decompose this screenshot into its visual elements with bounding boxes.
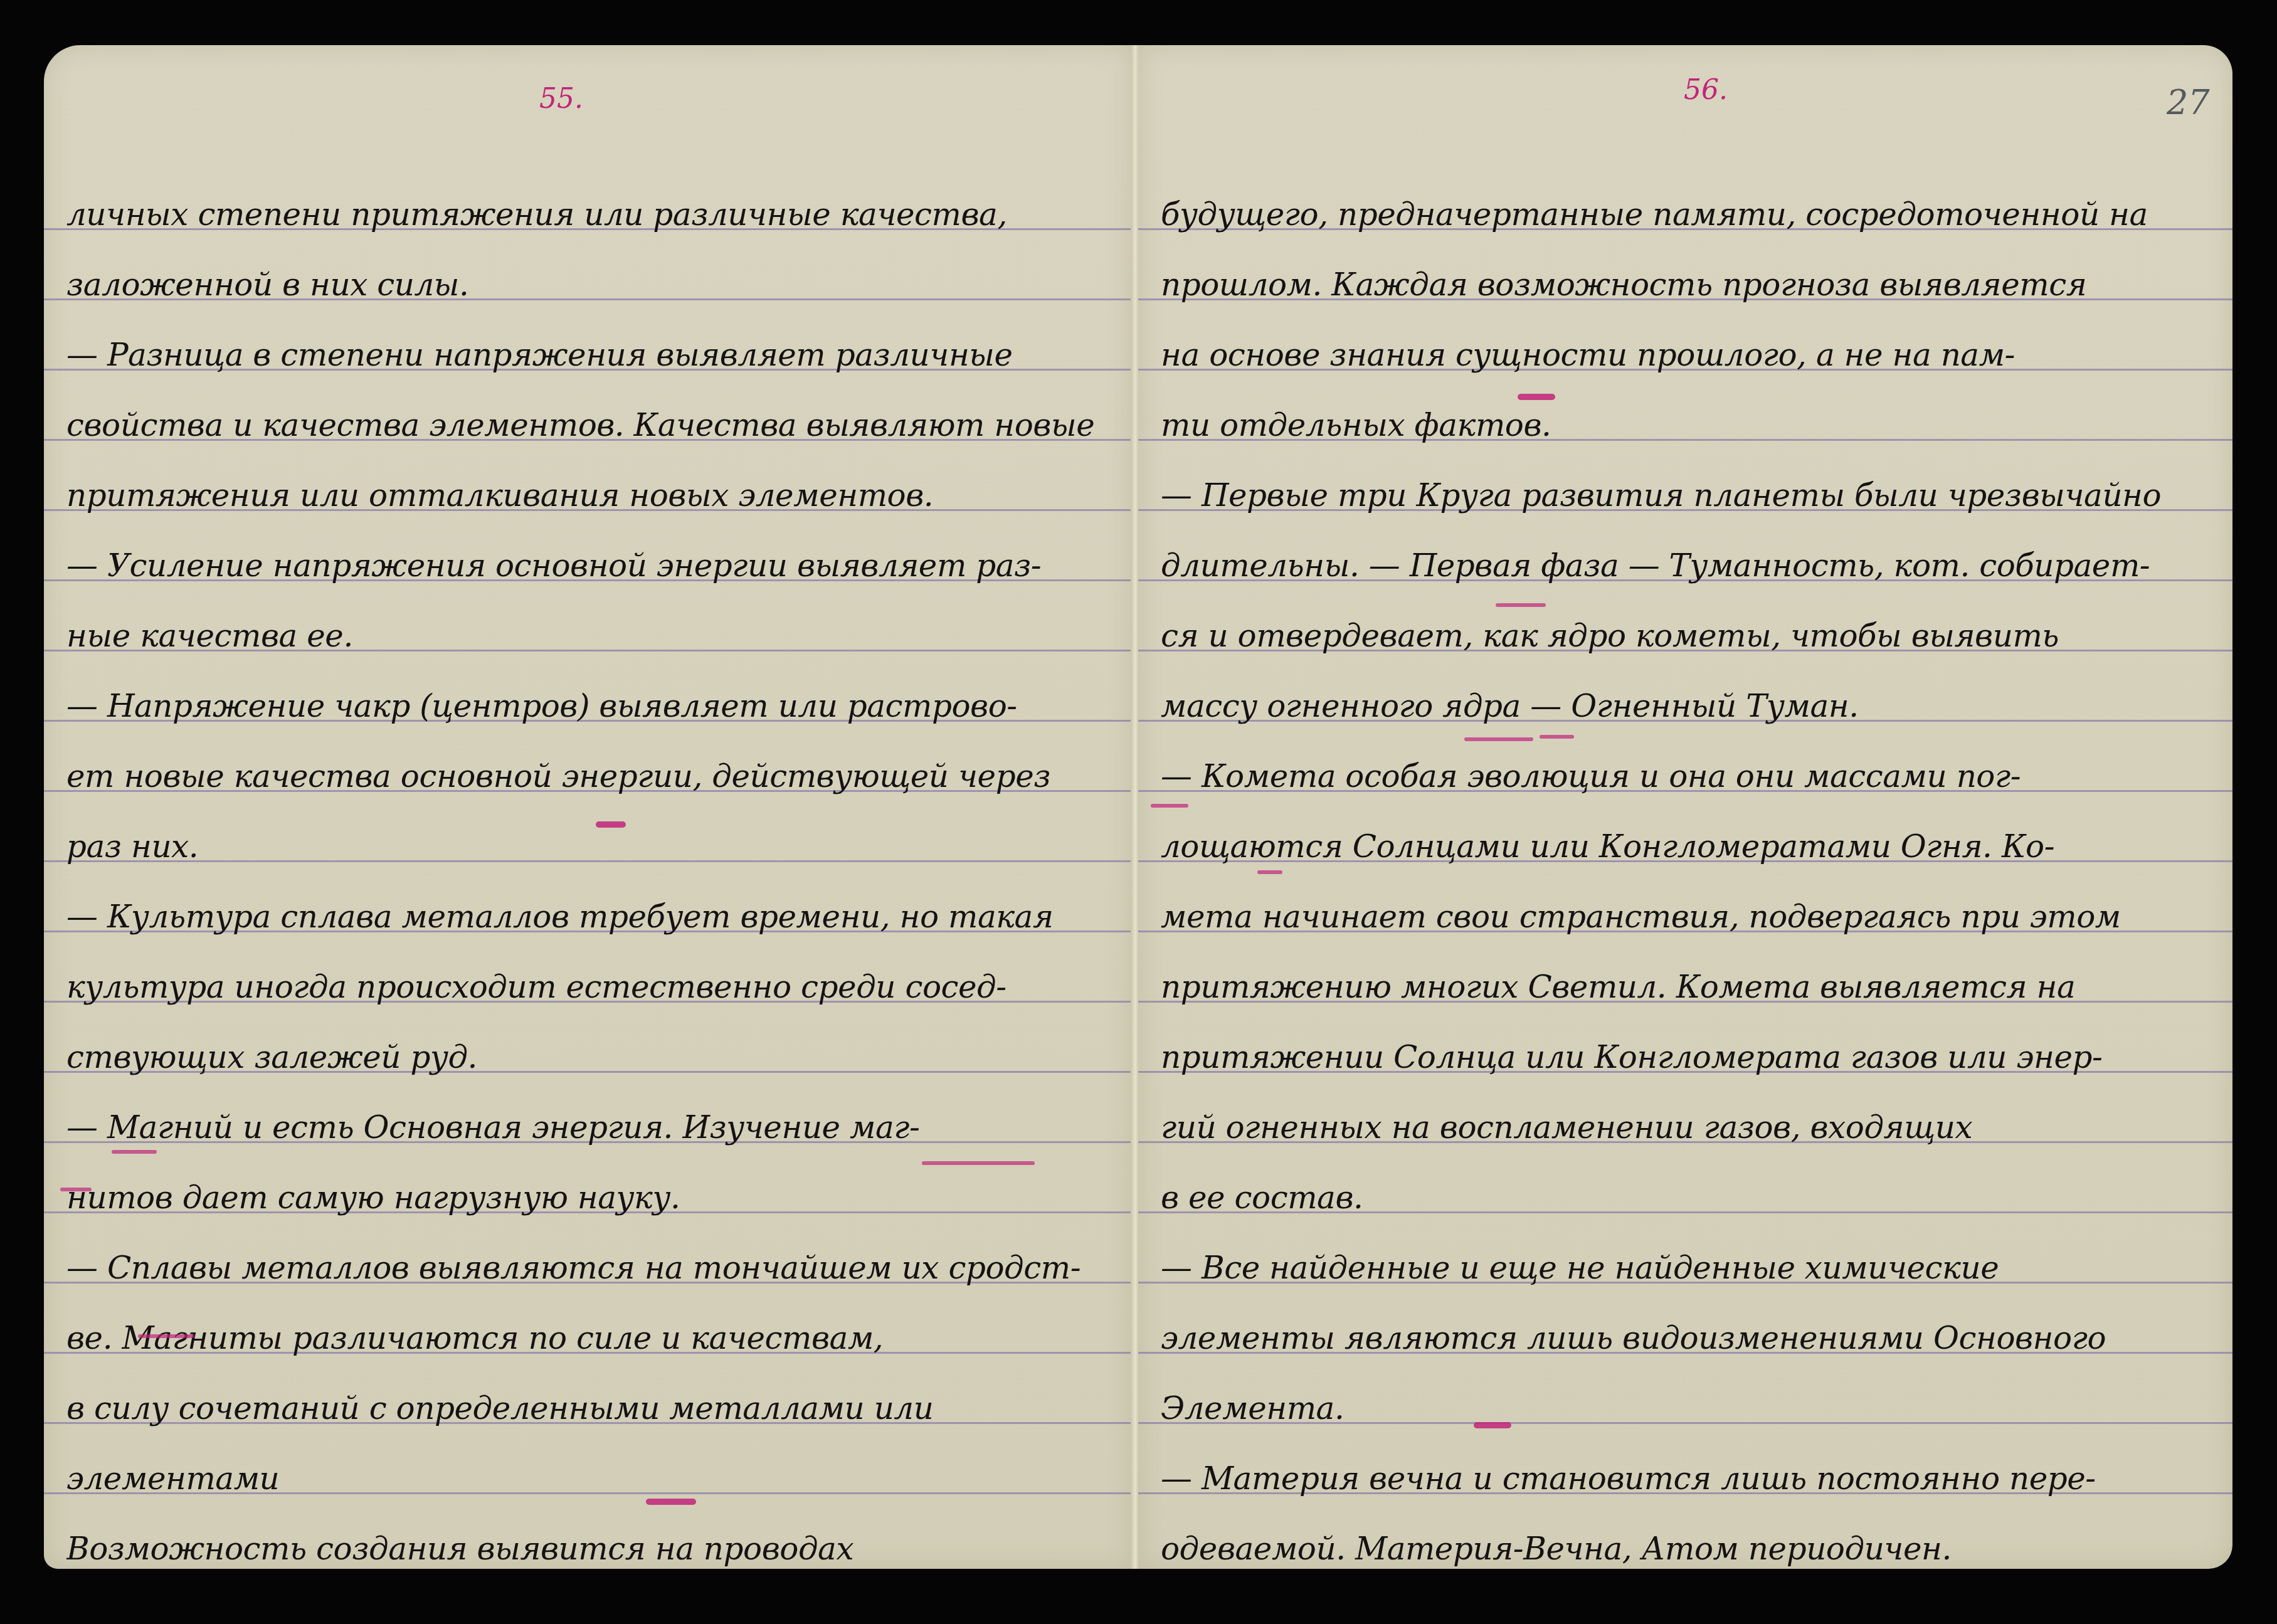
- handwritten-line: ти отдельных фактов.: [1161, 406, 2217, 444]
- handwritten-line: нитов дает самую нагрузную науку.: [66, 1179, 1117, 1216]
- handwritten-line: элементами: [66, 1460, 1117, 1497]
- handwritten-line: — Магний и есть Основная энергия. Изучен…: [66, 1109, 1117, 1146]
- underline-mark: [922, 1161, 1035, 1165]
- handwritten-line: — Комета особая эволюция и она они масса…: [1161, 757, 2217, 795]
- left-page: 55. личных степени притяжения или различ…: [44, 45, 1132, 1569]
- handwritten-line: — Усиление напряжения основной энергии в…: [66, 547, 1117, 584]
- underline-mark: [1496, 603, 1546, 607]
- handwritten-line: притяжения или отталкивания новых элемен…: [66, 477, 1117, 514]
- handwritten-line: мета начинает свои странствия, подвергая…: [1161, 898, 2217, 936]
- handwritten-line: свойства и качества элементов. Качества …: [66, 406, 1117, 444]
- underline-mark: [1257, 870, 1282, 874]
- handwritten-line: — Все найденные и еще не найденные химич…: [1161, 1249, 2217, 1287]
- handwritten-line: притяжению многих Светил. Комета выявляе…: [1161, 968, 2217, 1006]
- handwritten-line: длительны. — Первая фаза — Туманность, к…: [1161, 547, 2217, 584]
- handwritten-line: раз них.: [66, 828, 1117, 865]
- handwritten-line: Элемента.: [1161, 1389, 2217, 1427]
- handwritten-line: лощаются Солнцами или Конгломератами Огн…: [1161, 828, 2217, 865]
- right-page-number: 56.: [1684, 74, 1728, 106]
- handwritten-line: — Материя вечна и становится лишь постоя…: [1161, 1460, 2217, 1497]
- folio-corner-number: 27: [2167, 83, 2210, 122]
- notebook-spread: 55. личных степени притяжения или различ…: [44, 45, 2232, 1569]
- handwritten-line: — Разница в степени напряжения выявляет …: [66, 336, 1117, 374]
- handwritten-line: в ее состав.: [1161, 1179, 2217, 1216]
- underline-mark: [112, 1150, 157, 1154]
- handwritten-line: ет новые качества основной энергии, дейс…: [66, 757, 1117, 795]
- handwritten-line: в силу сочетаний с определенными металла…: [66, 1389, 1117, 1427]
- right-page: 56. 27 будущего, предначертанные памяти,…: [1138, 45, 2232, 1569]
- handwritten-line: культура иногда происходит естественно с…: [66, 968, 1117, 1006]
- handwritten-line: одеваемой. Материя-Вечна, Атом периодиче…: [1161, 1530, 2217, 1568]
- section-divider-mark: [1474, 1422, 1511, 1428]
- handwritten-line: массу огненного ядра — Огненный Туман.: [1161, 687, 2217, 725]
- handwritten-line: будущего, предначертанные памяти, сосред…: [1161, 196, 2217, 233]
- handwritten-line: заложенной в них силы.: [66, 266, 1117, 303]
- handwritten-line: — Сплавы металлов выявляются на тончайше…: [66, 1249, 1117, 1287]
- handwritten-line: гий огненных на воспламенении газов, вхо…: [1161, 1109, 2217, 1146]
- handwritten-line: элементы являются лишь видоизменениями О…: [1161, 1319, 2217, 1357]
- handwritten-line: притяжении Солнца или Конгломерата газов…: [1161, 1038, 2217, 1076]
- handwritten-line: — Первые три Круга развития планеты были…: [1161, 477, 2217, 514]
- underline-mark: [1540, 735, 1574, 739]
- handwritten-line: ствующих залежей руд.: [66, 1038, 1117, 1076]
- handwritten-line: Возможность создания выявится на провода…: [66, 1530, 1117, 1568]
- handwritten-line: — Напряжение чакр (центров) выявляет или…: [66, 687, 1117, 725]
- handwritten-line: ся и отвердевает, как ядро кометы, чтобы…: [1161, 617, 2217, 655]
- handwritten-line: ные качества ее.: [66, 617, 1117, 655]
- section-divider-mark: [1518, 394, 1555, 400]
- section-divider-mark: [646, 1499, 696, 1505]
- handwritten-line: — Культура сплава металлов требует време…: [66, 898, 1117, 936]
- handwritten-line: личных степени притяжения или различные …: [66, 196, 1117, 233]
- handwritten-line: ве. Магниты различаются по силе и качест…: [66, 1319, 1117, 1357]
- handwritten-line: прошлом. Каждая возможность прогноза выя…: [1161, 266, 2217, 303]
- underline-mark: [138, 1334, 194, 1338]
- underline-mark: [1151, 804, 1188, 808]
- underline-mark: [1464, 737, 1533, 741]
- underline-mark: [60, 1188, 92, 1191]
- section-divider-mark: [596, 821, 626, 828]
- left-page-number: 55.: [539, 83, 583, 115]
- handwritten-line: на основе знания сущности прошлого, а не…: [1161, 336, 2217, 374]
